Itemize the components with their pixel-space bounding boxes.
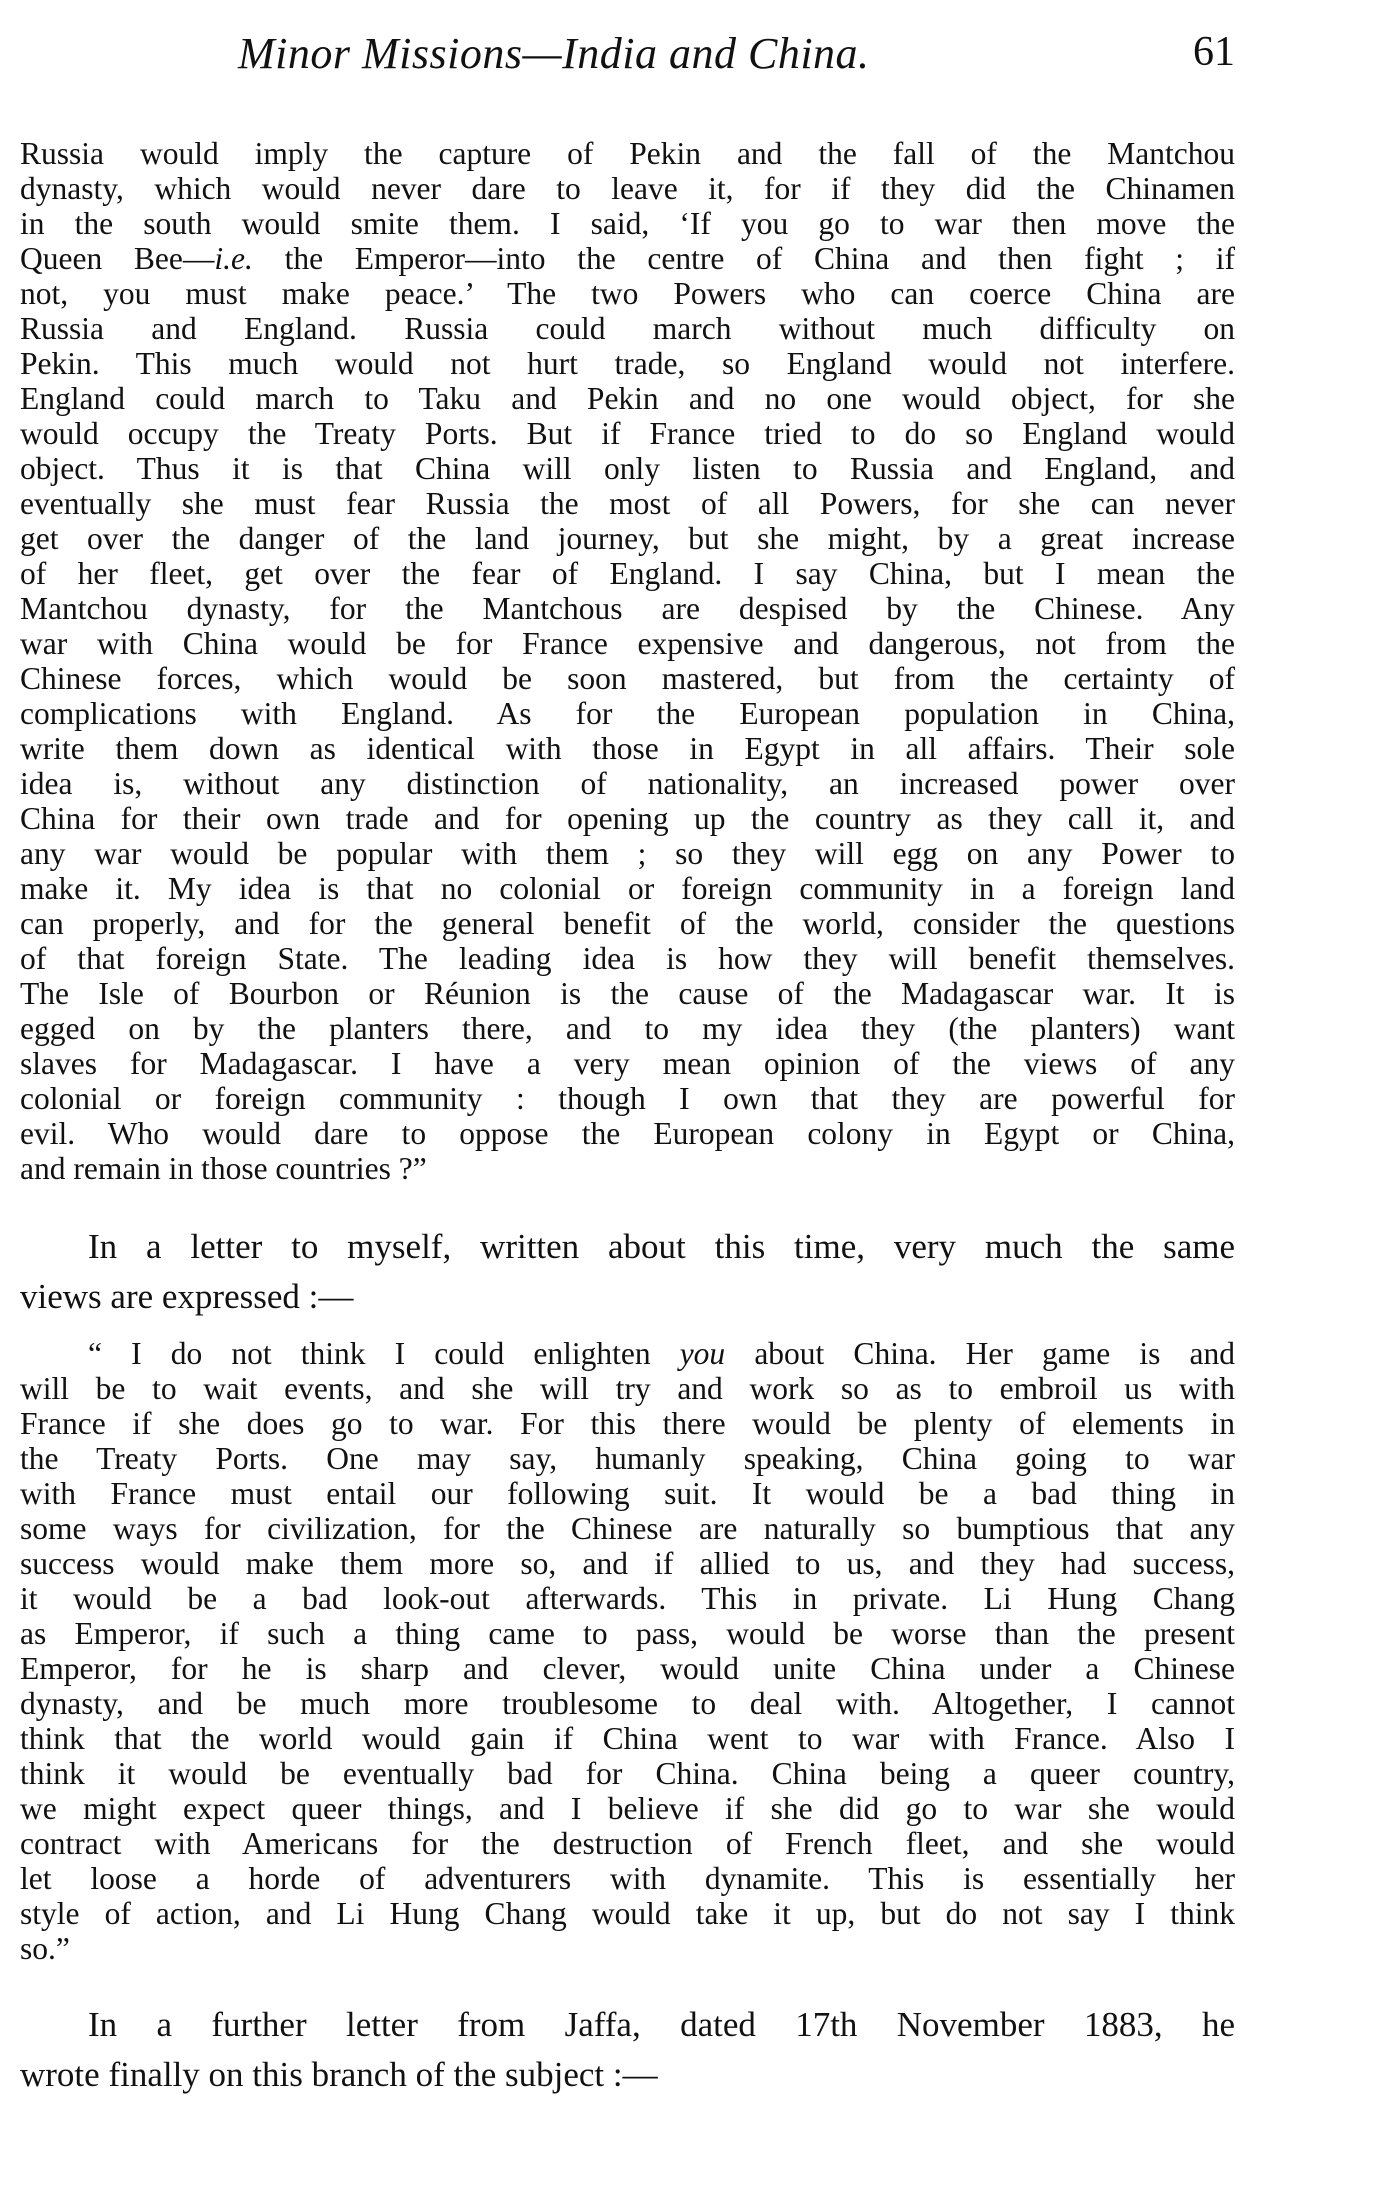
text-line: In a further letter from Jaffa, dated 17… (20, 2000, 1235, 2050)
text-line: complications with England. As for the E… (20, 696, 1235, 731)
text-line: of that foreign State. The leading idea … (20, 941, 1235, 976)
text-line: Russia and England. Russia could march w… (20, 311, 1235, 346)
text-line: any war would be popular with them ; so … (20, 836, 1235, 871)
text-line: it would be a bad look-out afterwards. T… (20, 1581, 1235, 1616)
text-line: think that the world would gain if China… (20, 1721, 1235, 1756)
text-line: idea is, without any distinction of nati… (20, 766, 1235, 801)
text-line: Queen Bee—i.e. the Emperor—into the cent… (20, 241, 1235, 276)
text-line: “ I do not think I could enlighten you a… (20, 1336, 1235, 1371)
continuation-paragraph: Russia would imply the capture of Pekin … (20, 136, 1235, 1186)
text-line: wrote finally on this branch of the subj… (20, 2050, 1235, 2100)
text-line: style of action, and Li Hung Chang would… (20, 1896, 1235, 1931)
text-line: Russia would imply the capture of Pekin … (20, 136, 1235, 171)
text-line: some ways for civilization, for the Chin… (20, 1511, 1235, 1546)
text-line: England could march to Taku and Pekin an… (20, 381, 1235, 416)
letter-intro-paragraph: In a letter to myself, written about thi… (20, 1222, 1235, 1322)
text-line: we might expect queer things, and I beli… (20, 1791, 1235, 1826)
text-line: success would make them more so, and if … (20, 1546, 1235, 1581)
text-line: Pekin. This much would not hurt trade, s… (20, 346, 1235, 381)
text-line: can properly, and for the general benefi… (20, 906, 1235, 941)
text-line: make it. My idea is that no colonial or … (20, 871, 1235, 906)
text-line: dynasty, and be much more troublesome to… (20, 1686, 1235, 1721)
text-line: The Isle of Bourbon or Réunion is the ca… (20, 976, 1235, 1011)
text-line: with France must entail our following su… (20, 1476, 1235, 1511)
text-line: so.” (20, 1931, 1235, 1966)
page-number: 61 (1193, 28, 1235, 76)
text-line: Emperor, for he is sharp and clever, wou… (20, 1651, 1235, 1686)
text-line: and remain in those countries ?” (20, 1151, 1235, 1186)
jaffa-intro-paragraph: In a further letter from Jaffa, dated 17… (20, 2000, 1235, 2100)
text-line: not, you must make peace.’ The two Power… (20, 276, 1235, 311)
text-line: let loose a horde of adventurers with dy… (20, 1861, 1235, 1896)
text-line: colonial or foreign community : though I… (20, 1081, 1235, 1116)
text-line: would occupy the Treaty Ports. But if Fr… (20, 416, 1235, 451)
text-line: of her fleet, get over the fear of Engla… (20, 556, 1235, 591)
text-line: Mantchou dynasty, for the Mantchous are … (20, 591, 1235, 626)
running-title: Minor Missions—India and China. (238, 28, 870, 79)
text-line: France if she does go to war. For this t… (20, 1406, 1235, 1441)
text-line: object. Thus it is that China will only … (20, 451, 1235, 486)
text-line: war with China would be for France expen… (20, 626, 1235, 661)
text-line: dynasty, which would never dare to leave… (20, 171, 1235, 206)
letter-quote-paragraph: “ I do not think I could enlighten you a… (20, 1336, 1235, 1966)
text-line: eventually she must fear Russia the most… (20, 486, 1235, 521)
text-line: write them down as identical with those … (20, 731, 1235, 766)
text-line: as Emperor, if such a thing came to pass… (20, 1616, 1235, 1651)
text-line: slaves for Madagascar. I have a very mea… (20, 1046, 1235, 1081)
text-line: contract with Americans for the destruct… (20, 1826, 1235, 1861)
text-line: the Treaty Ports. One may say, humanly s… (20, 1441, 1235, 1476)
text-line: views are expressed :— (20, 1272, 1235, 1322)
text-line: in the south would smite them. I said, ‘… (20, 206, 1235, 241)
text-line: evil. Who would dare to oppose the Europ… (20, 1116, 1235, 1151)
page-header: Minor Missions—India and China. 61 (20, 28, 1235, 98)
text-line: China for their own trade and for openin… (20, 801, 1235, 836)
text-line: think it would be eventually bad for Chi… (20, 1756, 1235, 1791)
text-line: get over the danger of the land journey,… (20, 521, 1235, 556)
text-line: In a letter to myself, written about thi… (20, 1222, 1235, 1272)
text-line: egged on by the planters there, and to m… (20, 1011, 1235, 1046)
text-line: Chinese forces, which would be soon mast… (20, 661, 1235, 696)
text-line: will be to wait events, and she will try… (20, 1371, 1235, 1406)
